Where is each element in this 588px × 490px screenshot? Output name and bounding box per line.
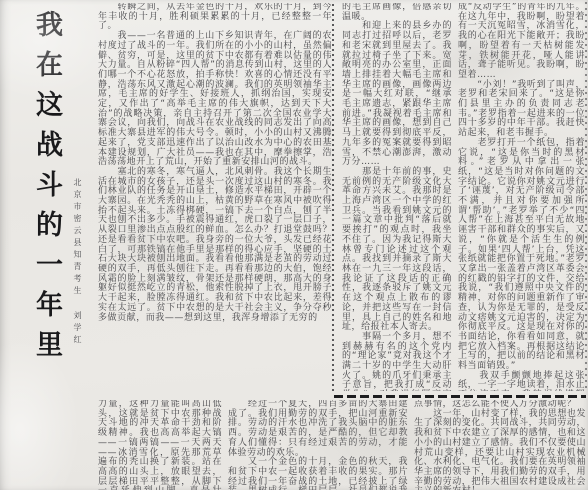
boxed-article-column-1: 的毛主席画像，倍感亲切温暖。 和迎上来的县乡办的同志打过招呼以后，老罗和老宋就到… — [342, 3, 452, 391]
newspaper-page: 我在这战斗的一年里 北京市密云县知青考生刘学红 转瞬之间，从去年金色的十月，欢乐… — [0, 0, 588, 490]
byline-name: 刘学红 — [72, 311, 83, 347]
bottom-column-3: 点事情，这怎么能不使人万分激动呢？ 这一年，山村变了样，我的思想也发生了深刻的变… — [414, 400, 586, 490]
main-article-column: 转瞬之间，从去年金色的十月，欢乐的十月，到今年丰收的十月，胜利硕果累累的十月，已… — [98, 3, 332, 395]
article-title-vertical: 我在这战斗的一年里 — [27, 10, 66, 382]
box-dotted-right-rule — [585, 2, 587, 392]
bottom-column-1: 力量，这种力量能叫高山低头，这就是贫下中农那种战天斗地的冲天革命干劲和阶级精神。… — [98, 400, 222, 490]
boxed-article-column-2: 成“反动学生”的青年的九年。在这九年中，我盼啊，盼望着有一天沉冤昭雪，冰消雪化，… — [458, 3, 585, 391]
bottom-column-2: 经过一个夏天，四百多亩的大寨田建成了。我们用勤劳的双手，把山河重新安排。劳动的汗… — [228, 400, 408, 490]
byline-org: 北京市密云县知青考生 — [73, 178, 82, 298]
box-dotted-left-rule — [332, 4, 334, 392]
byline: 北京市密云县知青考生刘学红 — [72, 178, 83, 368]
box-dashed-bottom-rule — [334, 395, 586, 398]
